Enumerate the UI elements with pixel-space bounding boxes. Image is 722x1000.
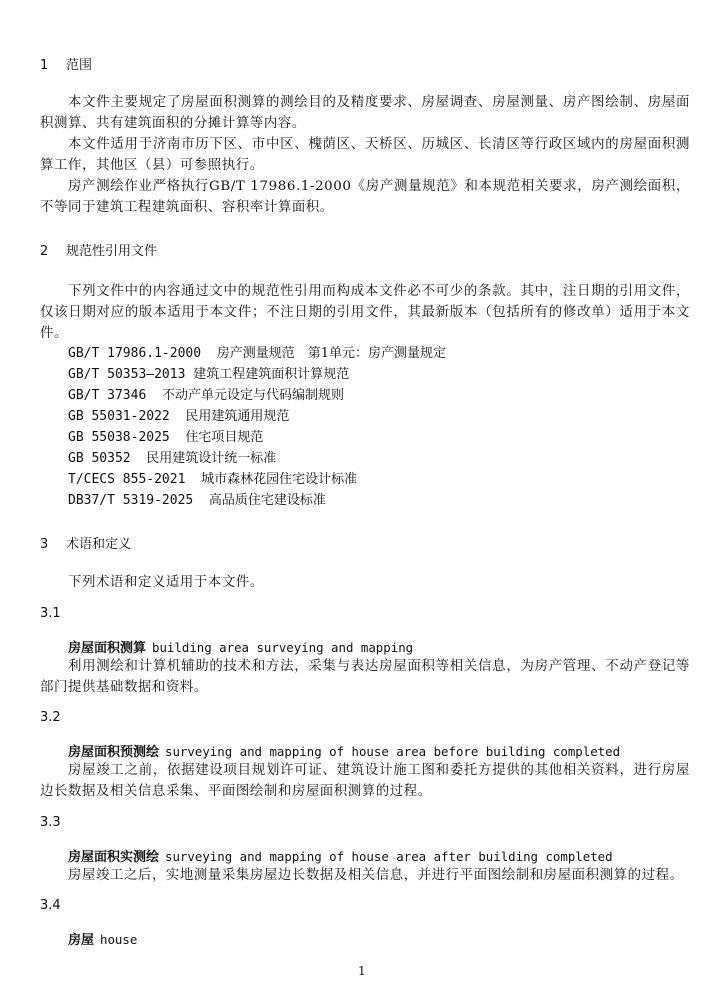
reference-item: GB 55038-2025 住宅项目规范	[68, 428, 263, 449]
reference-code: GB 50352	[68, 451, 131, 466]
section-number: 1	[40, 58, 66, 73]
section-heading-3: 3术语和定义	[40, 533, 131, 552]
term-heading: 房屋面积预测绘surveying and mapping of house ar…	[68, 741, 620, 760]
reference-title: 不动产单元设定与代码编制规则	[162, 388, 344, 403]
reference-title: 住宅项目规范	[185, 430, 263, 445]
clause-number: 3.4	[40, 898, 61, 913]
clause-number: 3.2	[40, 710, 61, 725]
reference-title: 房产测量规范 第1单元：房产测量规定	[217, 346, 446, 361]
reference-code: GB 55031-2022	[68, 409, 170, 424]
section-heading-2: 2规范性引用文件	[40, 240, 157, 259]
section-title: 术语和定义	[66, 537, 131, 552]
section-number: 3	[40, 537, 66, 552]
term-zh: 房屋	[68, 933, 94, 948]
term-zh: 房屋面积预测绘	[68, 745, 159, 760]
reference-code: GB 55038-2025	[68, 430, 170, 445]
reference-code: GB/T 50353—2013	[68, 367, 185, 382]
term-zh: 房屋面积测算	[68, 641, 146, 656]
page-number: 1	[358, 964, 366, 978]
reference-code: GB/T 37346	[68, 388, 146, 403]
reference-title: 高品质住宅建设标准	[209, 493, 326, 508]
term-en: surveying and mapping of house area afte…	[165, 849, 613, 864]
term-zh: 房屋面积实测绘	[68, 850, 159, 865]
term-en: surveying and mapping of house area befo…	[165, 744, 620, 759]
term-definition: 利用测绘和计算机辅助的技术和方法，采集与表达房屋面积等相关信息，为房产管理、不动…	[40, 656, 690, 698]
clause-number: 3.1	[40, 606, 61, 621]
paragraph: 下列术语和定义适用于本文件。	[40, 572, 690, 593]
paragraph: 房产测绘作业严格执行GB/T 17986.1-2000《房产测量规范》和本规范相…	[40, 176, 690, 218]
document-page: 1范围 本文件主要规定了房屋面积测算的测绘目的及精度要求、房屋调查、房屋测量、房…	[0, 0, 722, 1000]
term-definition: 房屋竣工之前，依据建设项目规划许可证、建筑设计施工图和委托方提供的其他相关资料，…	[40, 760, 690, 802]
term-heading: 房屋house	[68, 929, 137, 948]
paragraph: 本文件适用于济南市历下区、市中区、槐荫区、天桥区、历城区、长清区等行政区域内的房…	[40, 134, 690, 176]
reference-item: GB/T 37346 不动产单元设定与代码编制规则	[68, 386, 344, 407]
paragraph: 本文件主要规定了房屋面积测算的测绘目的及精度要求、房屋调查、房屋测量、房产图绘制…	[40, 92, 690, 134]
reference-code: DB37/T 5319-2025	[68, 493, 193, 508]
reference-code: GB/T 17986.1-2000	[68, 346, 201, 361]
reference-item: GB/T 50353—2013 建筑工程建筑面积计算规范	[68, 365, 349, 386]
section-title: 规范性引用文件	[66, 244, 157, 259]
reference-title: 城市森林花园住宅设计标准	[201, 472, 357, 487]
reference-title: 民用建筑通用规范	[185, 409, 289, 424]
term-en: house	[100, 932, 137, 947]
reference-item: DB37/T 5319-2025 高品质住宅建设标准	[68, 491, 326, 512]
section-heading-1: 1范围	[40, 54, 92, 73]
term-definition: 房屋竣工之后，实地测量采集房屋边长数据及相关信息，并进行平面图绘制和房屋面积测算…	[40, 865, 690, 886]
term-heading: 房屋面积实测绘surveying and mapping of house ar…	[68, 846, 613, 865]
reference-item: GB/T 17986.1-2000 房产测量规范 第1单元：房产测量规定	[68, 344, 446, 365]
term-en: building area surveying and mapping	[152, 640, 413, 655]
section-title: 范围	[66, 58, 92, 73]
term-heading: 房屋面积测算building area surveying and mappin…	[68, 637, 413, 656]
reference-item: T/CECS 855-2021 城市森林花园住宅设计标准	[68, 470, 357, 491]
paragraph: 下列文件中的内容通过文中的规范性引用而构成本文件必不可少的条款。其中，注日期的引…	[40, 281, 690, 344]
reference-title: 建筑工程建筑面积计算规范	[193, 367, 349, 382]
reference-code: T/CECS 855-2021	[68, 472, 185, 487]
clause-number: 3.3	[40, 815, 61, 830]
reference-item: GB 55031-2022 民用建筑通用规范	[68, 407, 289, 428]
reference-title: 民用建筑设计统一标准	[146, 451, 276, 466]
section-number: 2	[40, 244, 66, 259]
reference-item: GB 50352 民用建筑设计统一标准	[68, 449, 276, 470]
